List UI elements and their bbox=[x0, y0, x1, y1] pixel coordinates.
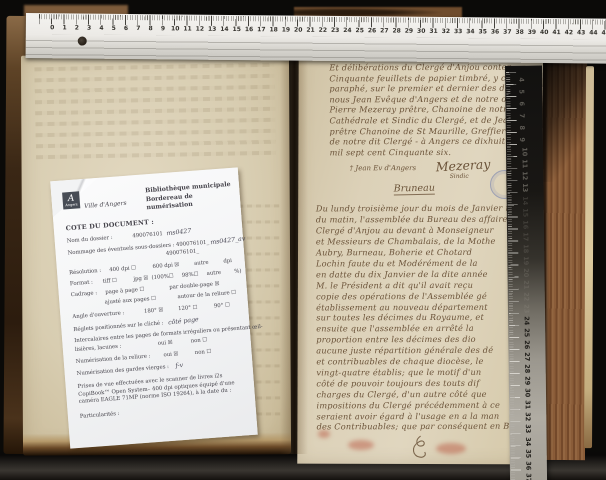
top-ruler-number: 41 bbox=[552, 29, 560, 36]
side-ruler-number: 34 bbox=[524, 437, 532, 446]
form-section-title: COTE DU DOCUMENT : bbox=[65, 218, 154, 233]
side-ruler-number: 26 bbox=[523, 340, 531, 349]
signature-secretary: Bruneau bbox=[394, 183, 435, 196]
signature-bishop: † Jean Ev d'Angers bbox=[350, 164, 416, 172]
top-ruler-number: 31 bbox=[429, 28, 437, 35]
top-ruler-number: 37 bbox=[503, 29, 511, 36]
digitization-form-sheet: A Angers Ville d'Angers Bibliothèque mun… bbox=[50, 167, 258, 448]
top-ruler-number: 26 bbox=[368, 27, 376, 34]
horizontal-ruler: 0123456789101112131415161718192021222324… bbox=[26, 13, 606, 64]
top-ruler-number: 7 bbox=[136, 25, 140, 32]
top-ruler-number: 15 bbox=[233, 26, 241, 33]
top-ruler-number: 13 bbox=[208, 26, 216, 33]
paraph-flourish-icon bbox=[407, 434, 433, 460]
book-fore-edge bbox=[541, 62, 587, 460]
side-ruler-number: 6 bbox=[518, 102, 526, 107]
handwritten-value: ms0427 bbox=[166, 228, 192, 238]
top-ruler-number: 19 bbox=[282, 26, 290, 33]
top-ruler-number: 45 bbox=[602, 30, 606, 37]
side-ruler-number: 19 bbox=[522, 256, 530, 265]
top-ruler-number: 38 bbox=[515, 29, 523, 36]
side-ruler-number: 23 bbox=[522, 304, 530, 313]
top-ruler-number: 44 bbox=[589, 29, 597, 36]
side-ruler-number: 11 bbox=[521, 160, 529, 169]
digitization-photo: Et délibérations du Clergé d'Anjou conte… bbox=[0, 0, 606, 480]
top-ruler-number: 10 bbox=[171, 25, 179, 32]
ruler-hole bbox=[78, 36, 87, 45]
top-ruler-number: 8 bbox=[149, 25, 153, 32]
side-ruler-number: 4 bbox=[517, 77, 525, 82]
side-ruler-number: 36 bbox=[524, 461, 532, 470]
top-ruler-number: 42 bbox=[565, 29, 573, 36]
side-ruler-number: 31 bbox=[524, 401, 532, 410]
top-ruler-number: 14 bbox=[220, 26, 228, 33]
top-ruler-number: 30 bbox=[417, 28, 425, 35]
top-ruler-number: 35 bbox=[479, 28, 487, 35]
side-ruler-number: 18 bbox=[522, 244, 530, 253]
form-header: Bibliothèque municipale Bordereau de num… bbox=[145, 181, 237, 213]
scanner-description: Prises de vue effectuées avec le scanner… bbox=[77, 371, 246, 406]
field-nommage-2: 490076101_ bbox=[166, 248, 199, 256]
top-ruler-number: 33 bbox=[454, 28, 462, 35]
top-ruler-number: 25 bbox=[356, 27, 364, 34]
top-ruler-number: 29 bbox=[405, 28, 413, 35]
side-ruler-number: 21 bbox=[522, 280, 530, 289]
vertical-ruler: 4567891011121314151617181920212223242526… bbox=[505, 66, 547, 480]
top-ruler-number: 2 bbox=[75, 24, 79, 31]
side-ruler-number: 28 bbox=[523, 364, 531, 373]
side-ruler-number: 35 bbox=[524, 449, 532, 458]
handwritten-value: côté page bbox=[168, 316, 199, 326]
field-gardes-vierges: Numérisation des gardes vierges : f-v bbox=[76, 362, 183, 377]
signature-mezeray-title: Sindic bbox=[450, 173, 469, 180]
side-ruler-number: 13 bbox=[521, 184, 529, 193]
top-ruler-number: 40 bbox=[540, 29, 548, 36]
signature-mezeray: Mezeray bbox=[435, 157, 490, 175]
side-ruler-number: 27 bbox=[523, 352, 531, 361]
side-ruler-number: 33 bbox=[524, 425, 532, 434]
top-ruler-number: 12 bbox=[196, 26, 204, 33]
top-ruler-number: 5 bbox=[112, 25, 116, 32]
top-ruler-number: 39 bbox=[528, 29, 536, 36]
side-ruler-number: 8 bbox=[518, 126, 526, 131]
top-ruler-number: 18 bbox=[269, 26, 277, 33]
top-ruler-number: 11 bbox=[183, 26, 191, 33]
show-through-text bbox=[34, 63, 276, 178]
side-ruler-number: 7 bbox=[518, 114, 526, 119]
top-ruler-number: 34 bbox=[466, 28, 474, 35]
top-ruler-number: 17 bbox=[257, 26, 265, 33]
top-ruler-number: 23 bbox=[331, 27, 339, 34]
top-ruler-number: 28 bbox=[392, 28, 400, 35]
side-ruler-number: 22 bbox=[522, 292, 530, 301]
top-ruler-number: 24 bbox=[343, 27, 351, 34]
top-ruler-number: 27 bbox=[380, 27, 388, 34]
side-ruler-number: 17 bbox=[522, 232, 530, 241]
side-ruler-number: 24 bbox=[523, 316, 531, 325]
top-ruler-number: 36 bbox=[491, 28, 499, 35]
red-edge-stain bbox=[318, 430, 330, 438]
side-ruler-number: 10 bbox=[521, 147, 529, 156]
top-ruler-number: 3 bbox=[87, 25, 91, 32]
top-ruler-number: 4 bbox=[99, 25, 103, 32]
top-ruler-number: 43 bbox=[577, 29, 585, 36]
side-ruler-number: 32 bbox=[524, 413, 532, 422]
side-ruler-number: 9 bbox=[518, 138, 526, 143]
top-ruler-number: 6 bbox=[124, 25, 128, 32]
red-edge-stain bbox=[348, 440, 374, 450]
side-ruler-numbers: 4567891011121314151617181920212223242526… bbox=[505, 66, 547, 480]
organization-name: Ville d'Angers bbox=[84, 200, 127, 210]
top-ruler-number: 1 bbox=[62, 24, 66, 31]
side-ruler-number: 37 bbox=[524, 473, 532, 480]
top-ruler-number: 32 bbox=[442, 28, 450, 35]
side-ruler-number: 30 bbox=[523, 388, 531, 397]
side-ruler-number: 14 bbox=[521, 196, 529, 205]
book-gutter bbox=[280, 52, 308, 454]
handwritten-value: f-v bbox=[175, 362, 183, 370]
field-particularites: Particularités : bbox=[80, 411, 120, 420]
red-edge-stain bbox=[436, 443, 466, 454]
top-ruler-number: 9 bbox=[161, 25, 165, 32]
side-ruler-number: 12 bbox=[521, 172, 529, 181]
field-label: Numérisation des gardes vierges : bbox=[77, 364, 176, 377]
side-ruler-number: 20 bbox=[522, 268, 530, 277]
side-ruler-number: 29 bbox=[523, 376, 531, 385]
side-ruler-number: 16 bbox=[521, 220, 529, 229]
angers-logo: A Angers bbox=[62, 191, 80, 209]
side-ruler-number: 15 bbox=[521, 208, 529, 217]
top-ruler-number: 22 bbox=[319, 27, 327, 34]
side-ruler-number: 5 bbox=[518, 90, 526, 95]
side-ruler-number: 25 bbox=[523, 328, 531, 337]
top-ruler-number: 21 bbox=[306, 27, 314, 34]
handwritten-value: ms0427_av bbox=[210, 235, 246, 246]
top-ruler-number: 16 bbox=[245, 26, 253, 33]
top-ruler-number: 0 bbox=[50, 24, 54, 31]
top-ruler-number: 20 bbox=[294, 27, 302, 34]
logo-caption: Angers bbox=[65, 202, 78, 207]
